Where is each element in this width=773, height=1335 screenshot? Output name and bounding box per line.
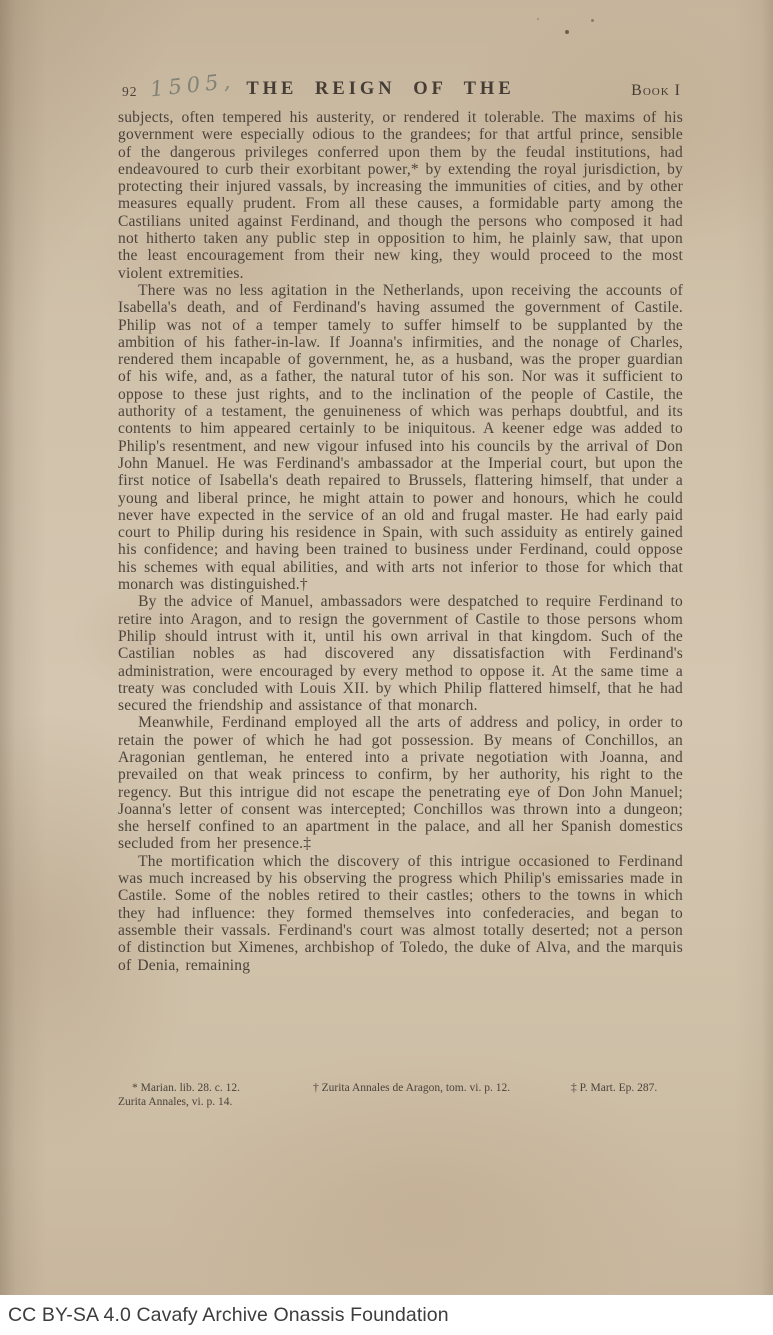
paragraph-3: By the advice of Manuel, ambassadors wer… xyxy=(118,593,683,714)
footnote-2: † Zurita Annales de Aragon, tom. vi. p. … xyxy=(313,1082,571,1109)
footnote-1-line-2: Zurita Annales, vi. p. 14. xyxy=(118,1096,313,1110)
ink-speck xyxy=(591,19,594,22)
ink-speck xyxy=(565,30,569,34)
footnotes: * Marian. lib. 28. c. 12. Zurita Annales… xyxy=(118,1082,683,1109)
footnote-1: * Marian. lib. 28. c. 12. Zurita Annales… xyxy=(118,1082,313,1109)
page-header: 92 1505, THE REIGN OF THE Book I xyxy=(118,79,683,103)
paragraph-5: The mortification which the discovery of… xyxy=(118,853,683,974)
footnote-1-line-1: * Marian. lib. 28. c. 12. xyxy=(118,1082,313,1096)
paragraph-4: Meanwhile, Ferdinand employed all the ar… xyxy=(118,714,683,852)
paragraph-2: There was no less agitation in the Nethe… xyxy=(118,282,683,593)
ink-speck xyxy=(537,18,539,20)
paragraph-1: subjects, often tempered his austerity, … xyxy=(118,109,683,282)
license-caption-text: CC BY-SA 4.0 Cavafy Archive Onassis Foun… xyxy=(0,1304,449,1327)
running-title: THE REIGN OF THE xyxy=(118,79,643,100)
book-label: Book I xyxy=(631,82,681,100)
license-caption-bar: CC BY-SA 4.0 Cavafy Archive Onassis Foun… xyxy=(0,1295,773,1335)
footnote-3: ‡ P. Mart. Ep. 287. xyxy=(571,1082,683,1109)
book-page-scan: 92 1505, THE REIGN OF THE Book I subject… xyxy=(0,0,773,1295)
body-text: subjects, often tempered his austerity, … xyxy=(118,109,683,974)
